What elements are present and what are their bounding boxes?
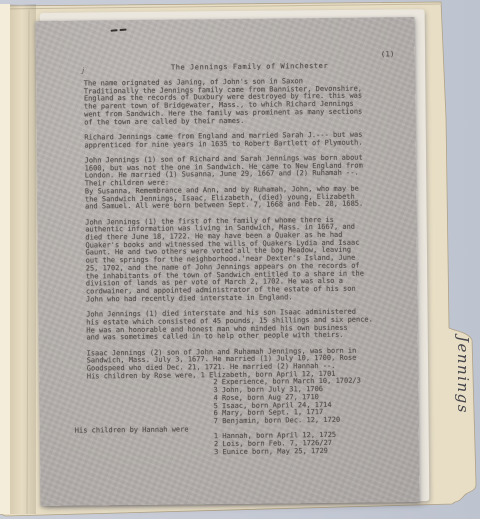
photo-scene: Jennings j (1) The Jennings Family of Wi… xyxy=(0,0,480,519)
staple-segment xyxy=(111,29,118,32)
document-title: The Jennings Family of Winchester xyxy=(171,62,328,72)
staple-segment xyxy=(119,28,126,31)
handwritten-stray-mark: j xyxy=(82,66,84,74)
folder-left-edge xyxy=(0,4,10,514)
document-body-text: The name orignated as Janing, of John's … xyxy=(71,77,374,458)
folder-tab-label: Jennings xyxy=(444,336,472,451)
page-number: (1) xyxy=(381,50,395,58)
folder-left-crease-shadow xyxy=(10,4,36,514)
typed-document-page: j (1) The Jennings Family of Winchester … xyxy=(35,17,419,506)
staple-mark xyxy=(110,27,126,32)
